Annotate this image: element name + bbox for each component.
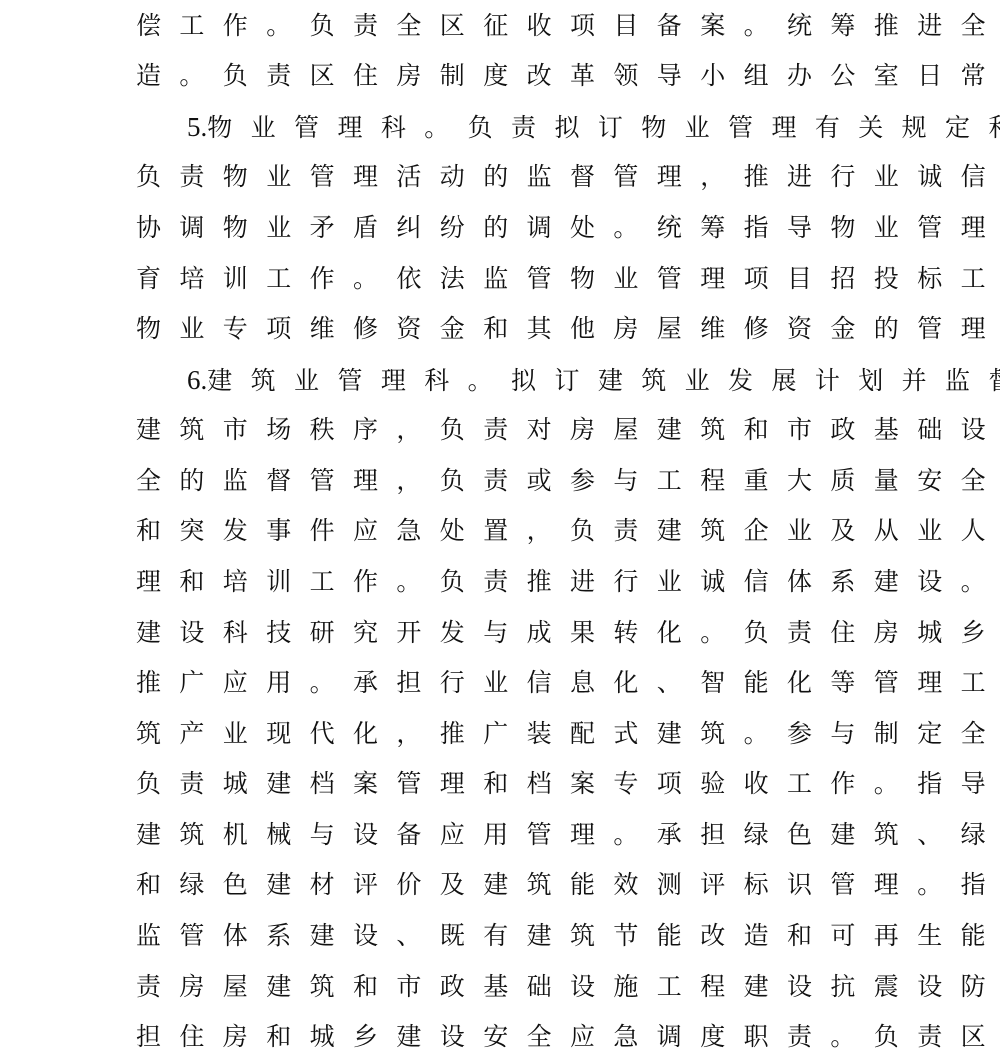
text-line: 全的监督管理，负责或参与工程重大质量安全事故的调查处理 (136, 466, 1000, 496)
text-line: 物业专项维修资金和其他房屋维修资金的管理和使用。 (136, 314, 1000, 344)
line-text: 协调物业矛盾纠纷的调处。统筹指导物业管理行业从业人员教 (136, 213, 1000, 242)
line-text: 和绿色建材评价及建筑能效测评标识管理。指导公共建筑节能 (136, 870, 1000, 899)
text-line: 协调物业矛盾纠纷的调处。统筹指导物业管理行业从业人员教 (136, 213, 1000, 243)
line-text: 理和培训工作。负责推进行业诚信体系建设。推进住房和城乡 (136, 567, 1000, 596)
line-text: 育培训工作。依法监管物业管理项目招投标工作。指导、监督 (136, 264, 1000, 293)
line-text: 物业专项维修资金和其他房屋维修资金的管理和使用。 (136, 314, 1000, 343)
text-line: 筑产业现代化，推广装配式建筑。参与制定全区城乡建设标准。 (136, 719, 1000, 749)
text-line: 推广应用。承担行业信息化、智能化等管理工作。负责推进建 (136, 668, 1000, 698)
text-line: 和突发事件应急处置，负责建筑企业及从业人员的资质资格管 (136, 516, 1000, 546)
section-number: 6. (187, 365, 207, 395)
line-text: 负责城建档案管理和档案专项验收工作。指导新型建筑材料、 (136, 769, 1000, 798)
line-text: 物业管理科。负责拟订物业管理有关规定和实施意见。 (207, 113, 1000, 142)
line-text: 责房屋建筑和市政基础设施工程建设抗震设防的监督管理。承 (136, 972, 1000, 1001)
text-line: 造。负责区住房制度改革领导小组办公室日常工作。 (136, 61, 1000, 91)
text-line: 监管体系建设、既有建筑节能改造和可再生能源建筑应用。负 (136, 921, 1000, 951)
line-text: 造。负责区住房制度改革领导小组办公室日常工作。 (136, 61, 1000, 90)
section-number: 5. (187, 112, 207, 142)
line-text: 推广应用。承担行业信息化、智能化等管理工作。负责推进建 (136, 668, 1000, 697)
line-text: 筑产业现代化，推广装配式建筑。参与制定全区城乡建设标准。 (136, 719, 1000, 748)
line-text: 偿工作。负责全区征收项目备案。统筹推进全区城市棚户区改 (136, 11, 1000, 40)
line-text: 负责物业管理活动的监督管理，推进行业诚信体系建设，统筹 (136, 162, 1000, 191)
text-line: 负责物业管理活动的监督管理，推进行业诚信体系建设，统筹 (136, 162, 1000, 192)
line-text: 担住房和城乡建设安全应急调度职责。负责区清欠追薪工作领 (136, 1022, 1000, 1051)
line-text: 建筑机械与设备应用管理。承担绿色建筑、绿色住宅生态小区 (136, 820, 1000, 849)
text-line: 负责城建档案管理和档案专项验收工作。指导新型建筑材料、 (136, 769, 1000, 799)
text-line: 理和培训工作。负责推进行业诚信体系建设。推进住房和城乡 (136, 567, 1000, 597)
text-line: 责房屋建筑和市政基础设施工程建设抗震设防的监督管理。承 (136, 972, 1000, 1002)
line-text: 建设科技研究开发与成果转化。负责住房城乡建设领域新技术 (136, 618, 1000, 647)
text-line: 担住房和城乡建设安全应急调度职责。负责区清欠追薪工作领 (136, 1022, 1000, 1052)
line-text: 和突发事件应急处置，负责建筑企业及从业人员的资质资格管 (136, 516, 1000, 545)
line-text: 监管体系建设、既有建筑节能改造和可再生能源建筑应用。负 (136, 921, 1000, 950)
section-heading-6: 6.建筑业管理科。拟订建筑业发展计划并监督实施。规范 (187, 365, 1000, 396)
text-line: 建筑市场秩序，负责对房屋建筑和市政基础设施工程质量、安 (136, 415, 1000, 445)
line-text: 建筑市场秩序，负责对房屋建筑和市政基础设施工程质量、安 (136, 415, 1000, 444)
text-line: 育培训工作。依法监管物业管理项目招投标工作。指导、监督 (136, 264, 1000, 294)
text-line: 建设科技研究开发与成果转化。负责住房城乡建设领域新技术 (136, 618, 1000, 648)
text-line: 建筑机械与设备应用管理。承担绿色建筑、绿色住宅生态小区 (136, 820, 1000, 850)
section-heading-5: 5.物业管理科。负责拟订物业管理有关规定和实施意见。 (187, 112, 1000, 143)
line-text: 建筑业管理科。拟订建筑业发展计划并监督实施。规范 (207, 366, 1000, 395)
text-line: 和绿色建材评价及建筑能效测评标识管理。指导公共建筑节能 (136, 870, 1000, 900)
text-line: 偿工作。负责全区征收项目备案。统筹推进全区城市棚户区改 (136, 11, 1000, 41)
document-page: 偿工作。负责全区征收项目备案。统筹推进全区城市棚户区改 造。负责区住房制度改革领… (0, 0, 1000, 1056)
line-text: 全的监督管理，负责或参与工程重大质量安全事故的调查处理 (136, 466, 1000, 495)
